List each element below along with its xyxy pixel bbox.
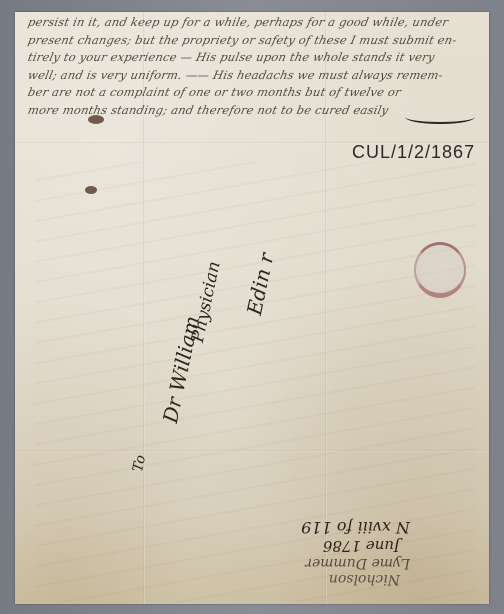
pen-flourish: [405, 110, 475, 124]
letter-text: persist in it, and keep up for a while, …: [28, 14, 478, 119]
ink-blot: [85, 186, 97, 194]
letter-line: ber are not a complaint of one or two mo…: [26, 84, 480, 102]
address-prefix: To: [130, 454, 149, 474]
archive-reference: CUL/1/2/1867: [352, 142, 475, 163]
letter-line: present changes; but the propriety or sa…: [26, 32, 480, 50]
ink-blot: [88, 115, 104, 124]
docket-line: June 1786: [180, 537, 400, 555]
letter-line: well; and is very uniform. —— His headac…: [26, 67, 480, 85]
wax-seal-remnant: [414, 242, 466, 298]
fold-line-horizontal: [15, 450, 489, 452]
docket-upside-down: Nicholson Lyme Dummer June 1786 N xviii …: [180, 518, 410, 587]
docket-line: Nicholson: [180, 571, 400, 587]
docket-line: Lyme Dummer: [180, 555, 410, 571]
letter-line: tirely to your experience — His pulse up…: [26, 49, 480, 67]
docket-line: N xviii fo 119: [180, 518, 410, 537]
letter-line: persist in it, and keep up for a while, …: [26, 14, 480, 32]
